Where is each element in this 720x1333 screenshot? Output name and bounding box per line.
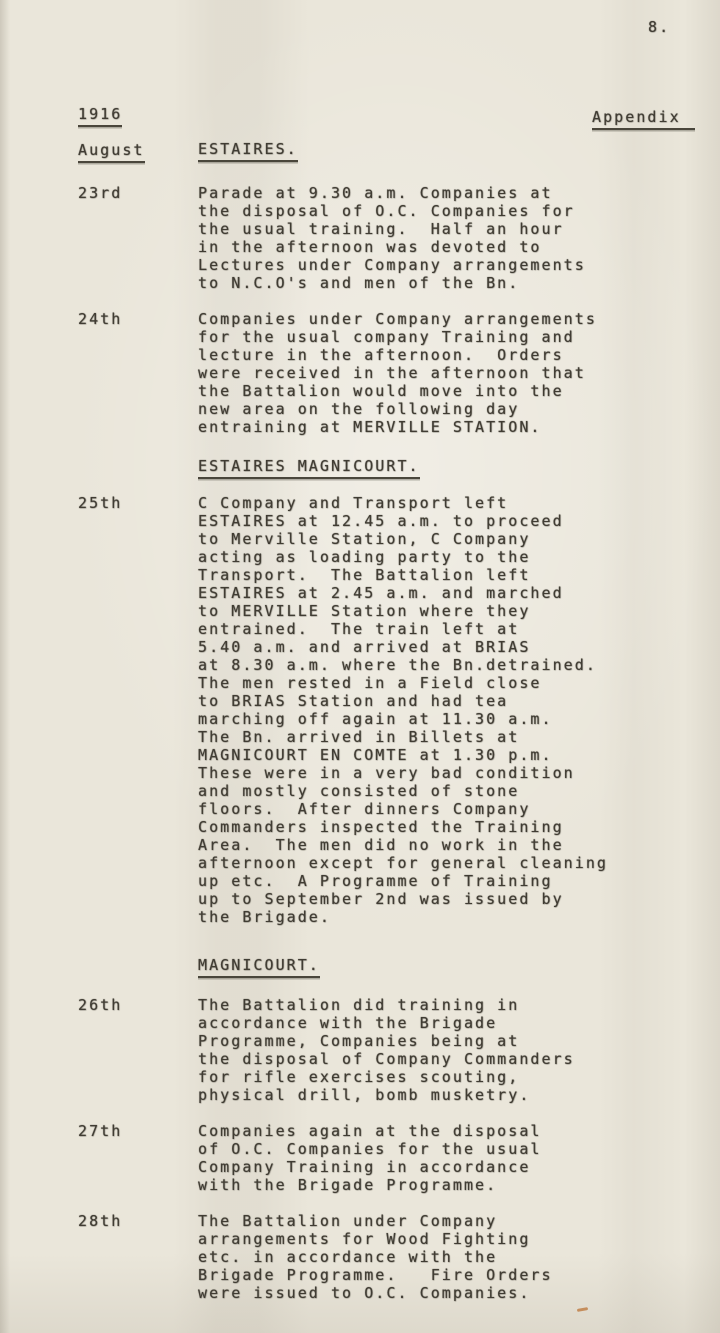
section-heading-magnicourt: MAGNICOURT. [198,956,320,978]
section-heading-magnicourt-text: MAGNICOURT. [198,956,320,978]
month-text: August [78,141,145,163]
diary-entry-26th: 26th The Battalion did training in accor… [78,996,638,1104]
diary-entry-25th: 25th C Company and Transport left ESTAIR… [78,494,638,926]
war-diary-page: 8. 1916 Appendix August ESTAIRES. 23rd P… [0,0,720,1333]
entry-date: 27th [78,1122,198,1140]
entry-text: The Battalion under Company arrangements… [198,1212,638,1302]
entry-date: 28th [78,1212,198,1230]
entry-text: C Company and Transport left ESTAIRES at… [198,494,638,926]
diary-entry-23rd: 23rd Parade at 9.30 a.m. Companies at th… [78,184,638,292]
entry-date: 23rd [78,184,198,202]
ink-smudge-mark [577,1307,588,1312]
year-label: 1916 [78,105,122,127]
diary-entry-28th: 28th The Battalion under Company arrange… [78,1212,638,1302]
year-text: 1916 [78,105,122,127]
entry-date: 26th [78,996,198,1014]
entry-text: The Battalion did training in accordance… [198,996,638,1104]
section-heading-estaires-magnicourt-text: ESTAIRES MAGNICOURT. [198,457,420,479]
entry-date: 25th [78,494,198,512]
diary-entry-27th: 27th Companies again at the disposal of … [78,1122,638,1194]
entry-date: 24th [78,310,198,328]
entry-text: Parade at 9.30 a.m. Companies at the dis… [198,184,638,292]
section-heading-estaires-text: ESTAIRES. [198,140,298,162]
month-label: August [78,141,145,163]
page-number: 8. [648,18,670,36]
appendix-text: Appendix [592,108,695,130]
section-heading-estaires: ESTAIRES. [198,140,298,162]
entry-text: Companies again at the disposal of O.C. … [198,1122,638,1194]
entry-text: Companies under Company arrangements for… [198,310,638,436]
appendix-label: Appendix [592,108,695,130]
section-heading-estaires-magnicourt: ESTAIRES MAGNICOURT. [198,457,420,479]
diary-entry-24th: 24th Companies under Company arrangement… [78,310,638,436]
